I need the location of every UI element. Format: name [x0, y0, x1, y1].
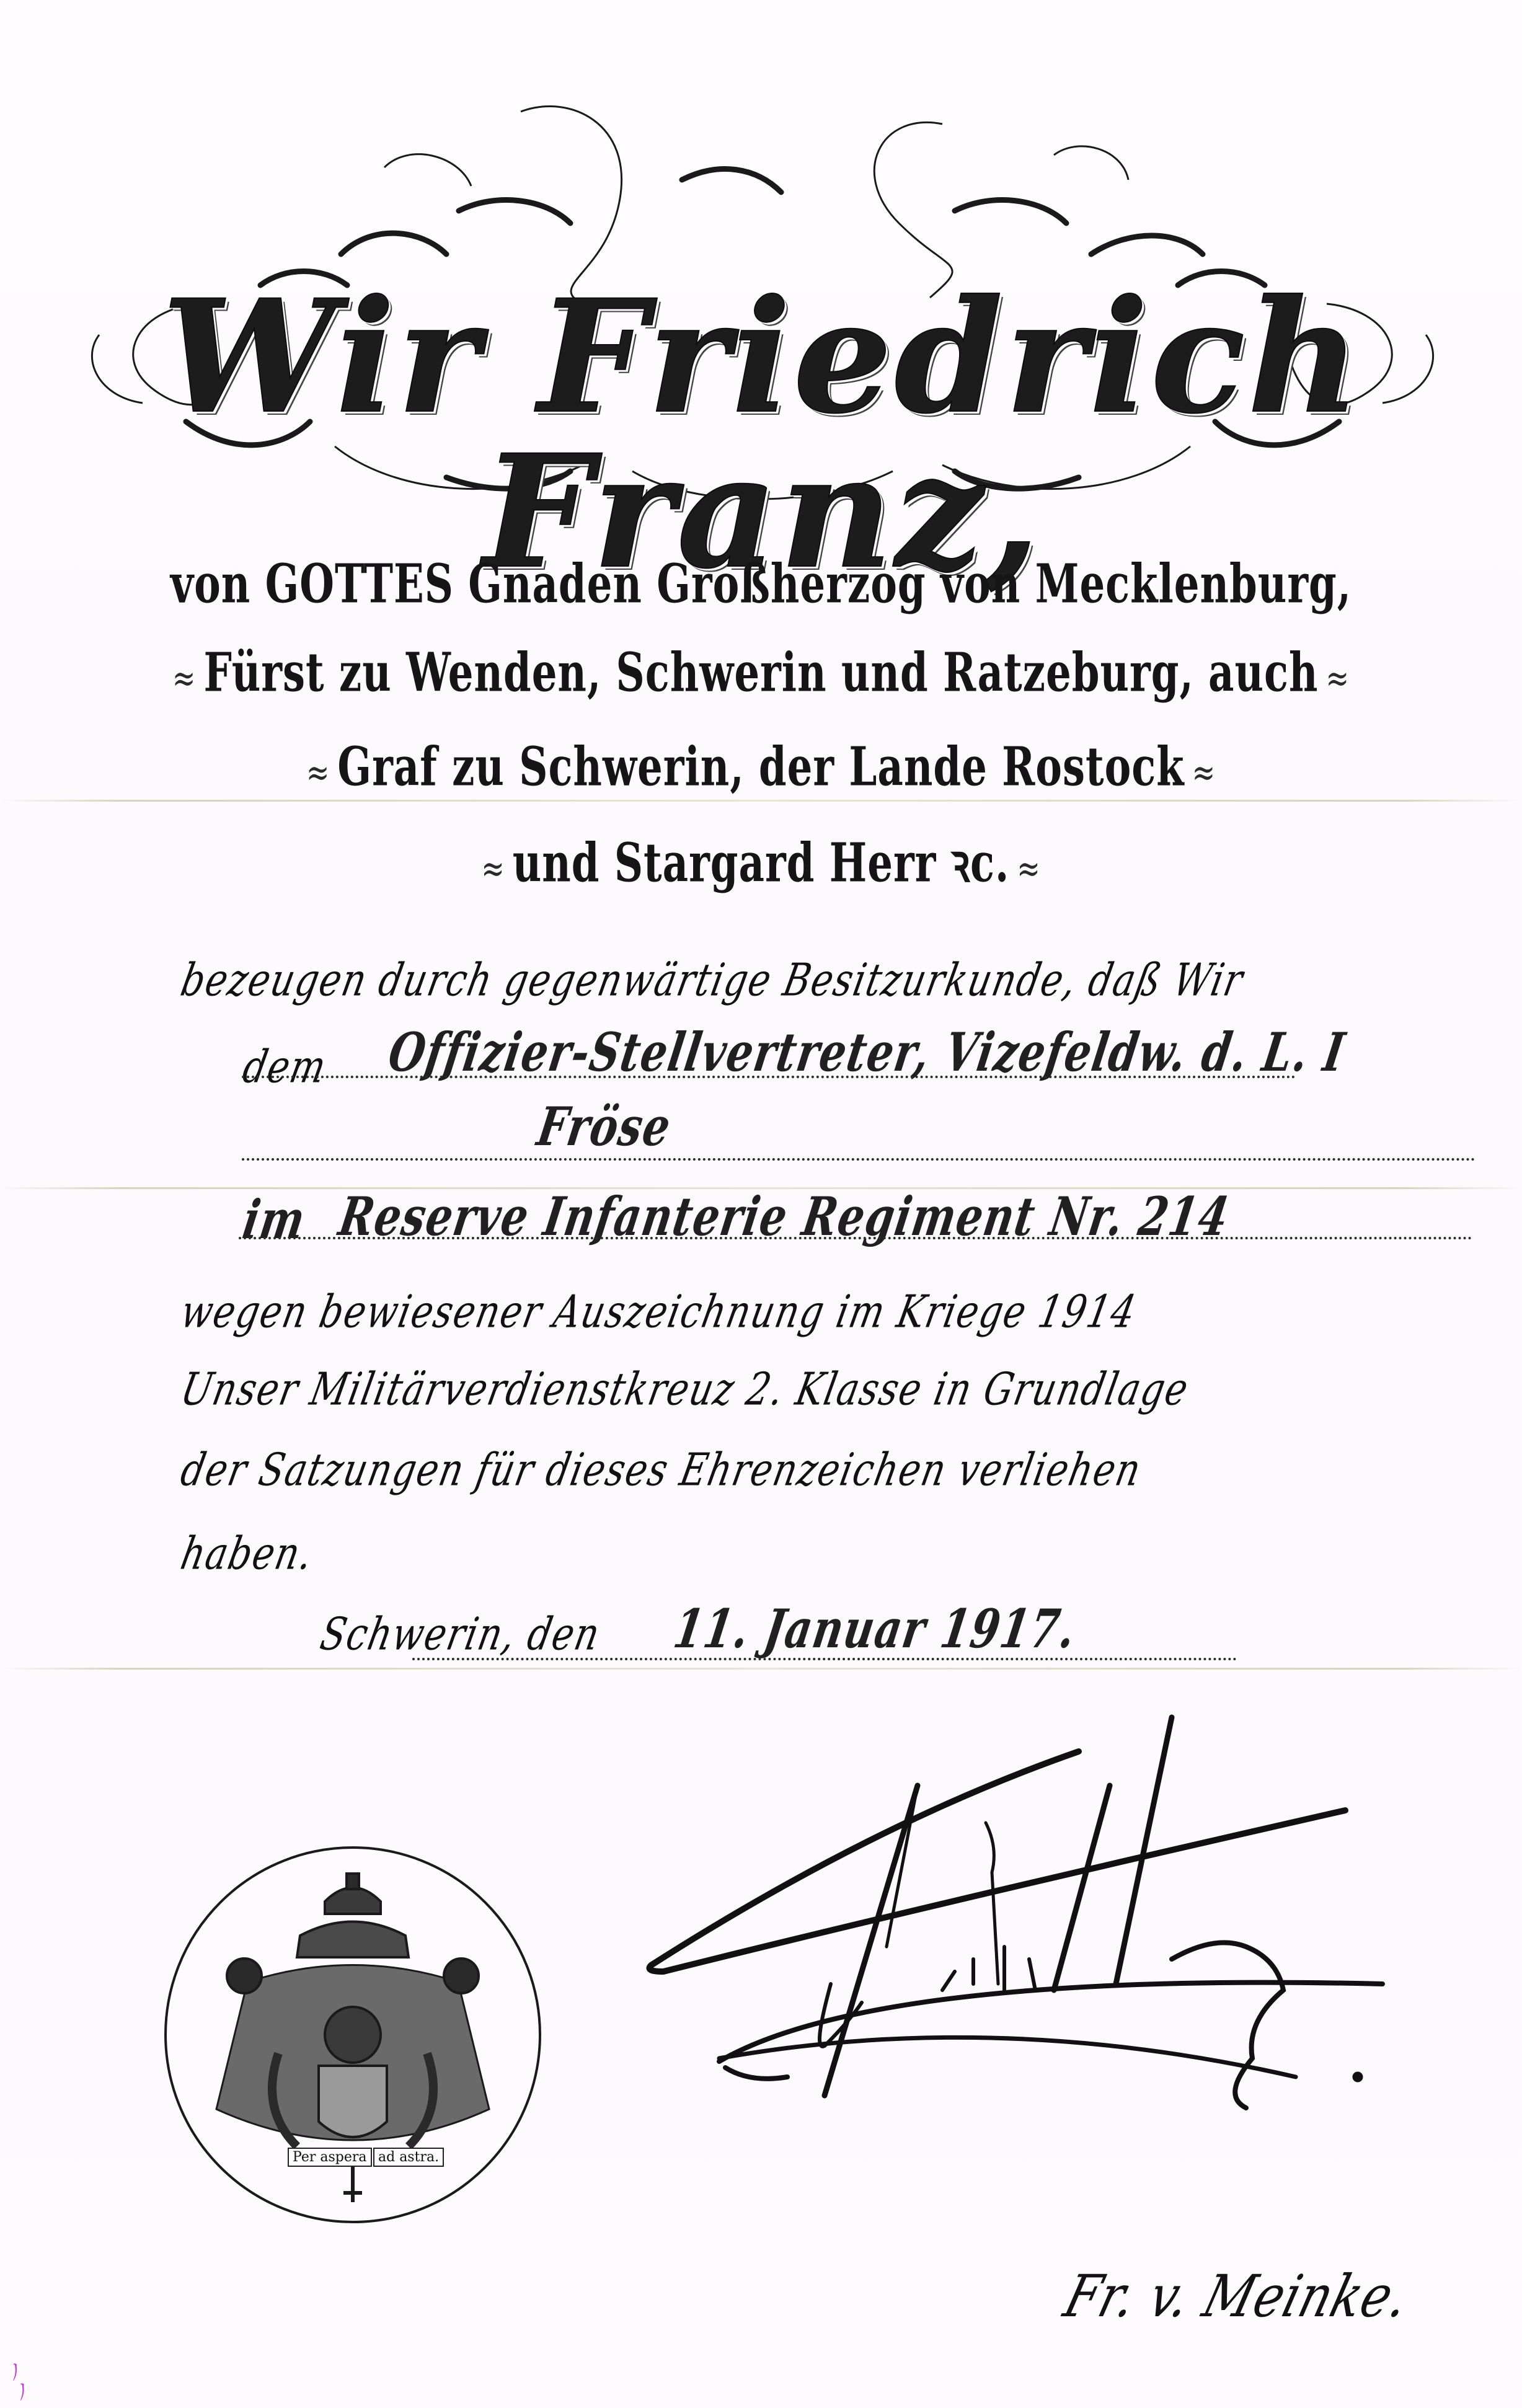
heading-text: und Stargard Herr ꝛc. [513, 832, 1010, 895]
document-title: Wir Friedrich Franz, [74, 279, 1451, 589]
scroll-ornament-icon: ≈ [1185, 750, 1224, 795]
fold-line [0, 800, 1522, 802]
scroll-ornament-icon: ≈ [474, 846, 513, 891]
coat-of-arms-seal: Per aspera ad astra. [164, 1846, 541, 2223]
body-line-2-prefix: dem [239, 1040, 331, 1093]
heading-line-4: ≈und Stargard Herr ꝛc.≈ [0, 825, 1522, 897]
title-block: Wir Friedrich Franz, [74, 99, 1451, 515]
signature-icon: Friedrich Franz. [626, 1711, 1432, 2114]
countersignature: Fr. v. Meinke. [1058, 2264, 1417, 2331]
heading-line-3: ≈Graf zu Schwerin, der Lande Rostock≈ [0, 736, 1522, 799]
scroll-ornament-icon: ≈ [299, 750, 338, 795]
body-line-7: der Satzungen für dieses Ehrenzeichen ve… [177, 1443, 1146, 1496]
fold-line [0, 1668, 1522, 1670]
body-line-8: haben. [177, 1527, 318, 1580]
place-date-prefix: Schwerin, den [316, 1608, 605, 1660]
fill-in-line [239, 1237, 1472, 1239]
regiment-prefix: im [239, 1189, 311, 1251]
heading-text: Fürst zu Wenden, Schwerin und Ratzeburg,… [203, 642, 1318, 704]
fill-in-line [242, 1076, 1296, 1078]
scroll-ornament-icon: ≈ [1009, 846, 1048, 891]
body-line-1: bezeugen durch gegenwärtige Besitzurkund… [177, 954, 1248, 1006]
fill-in-line [412, 1658, 1237, 1660]
heading-text: Graf zu Schwerin, der Lande Rostock [337, 736, 1184, 799]
recipient-rank: Offizier-Stellvertreter, Vizefeldw. d. L… [384, 1021, 1350, 1084]
recipient-name: Fröse [533, 1096, 676, 1158]
heading-text: von GOTTES Gnaden Großherzog von Mecklen… [170, 553, 1352, 616]
body-line-6: Unser Militärverdienstkreuz 2. Klasse in… [177, 1363, 1193, 1415]
fill-in-line [242, 1158, 1476, 1161]
motto-right: ad astra. [373, 2148, 444, 2167]
issue-date: 11. Januar 1917. [670, 1598, 1081, 1660]
scroll-ornament-icon: ≈ [1319, 656, 1358, 701]
heading-line-1: von GOTTES Gnaden Großherzog von Mecklen… [0, 553, 1522, 616]
motto-left: Per aspera [288, 2148, 372, 2167]
sovereign-signature: Friedrich Franz. [626, 1711, 1432, 2114]
body-line-5: wegen bewiesener Auszeichnung im Kriege … [177, 1285, 1141, 1338]
heading-line-2: ≈Fürst zu Wenden, Schwerin und Ratzeburg… [0, 642, 1522, 704]
scroll-ornament-icon: ≈ [165, 656, 204, 701]
